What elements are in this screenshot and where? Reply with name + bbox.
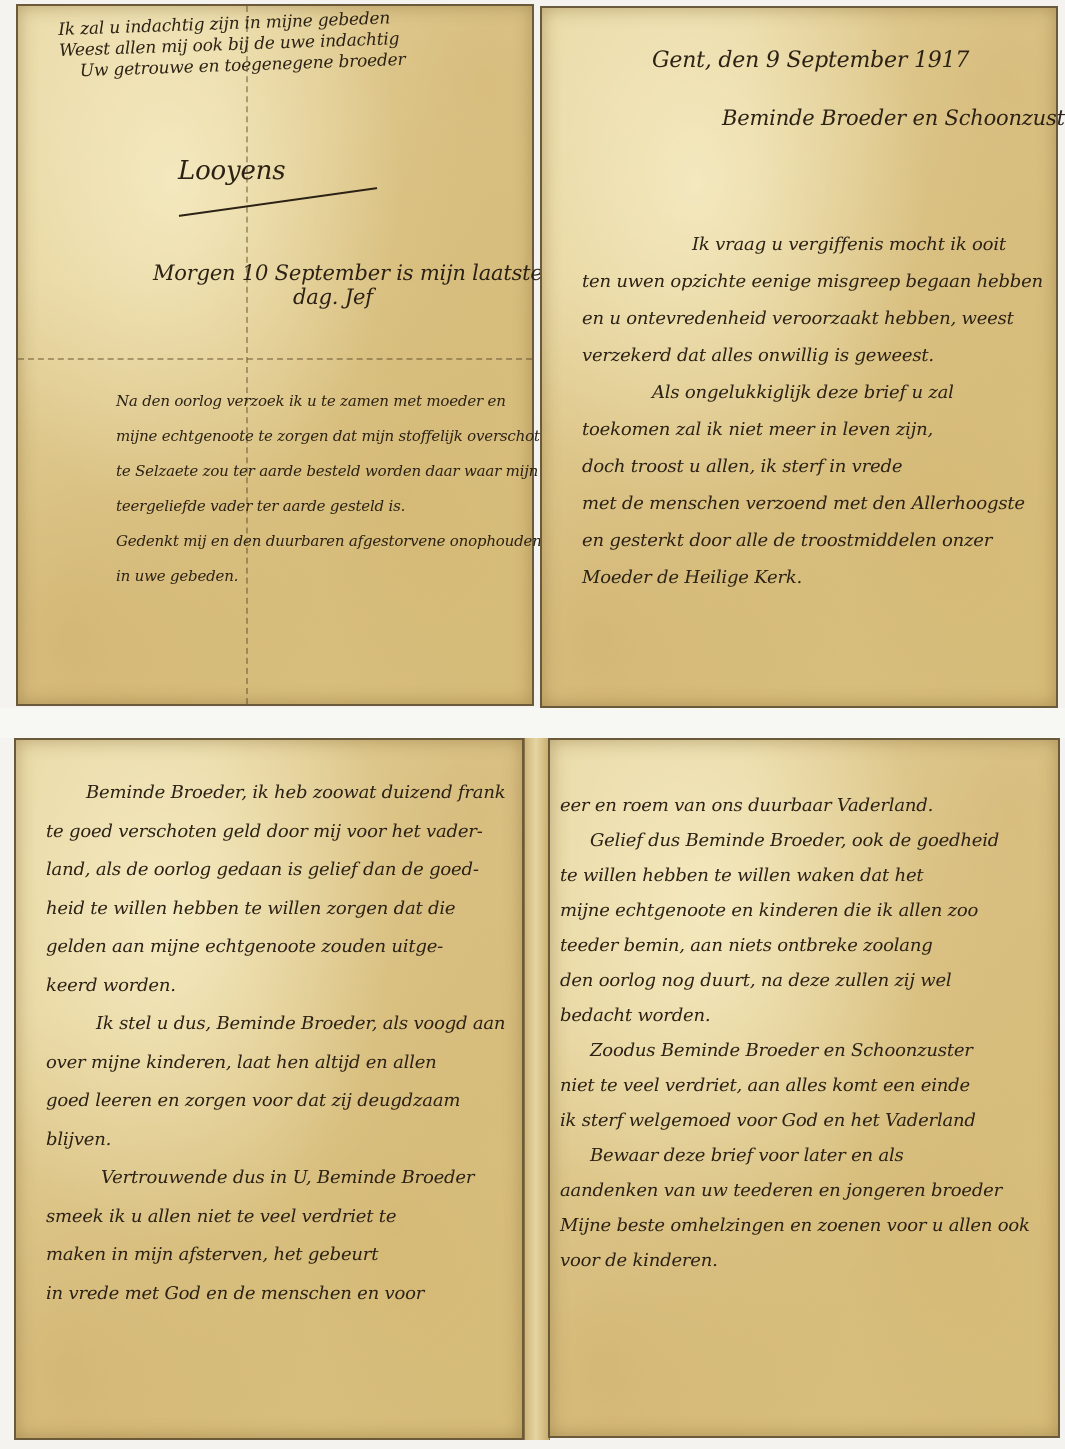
text-line: smeek ik u allen niet te veel verdriet t… [46, 1198, 505, 1237]
text-line: bedacht worden. [560, 998, 1030, 1033]
letter-date: Gent, den 9 September 1917 [652, 48, 969, 73]
text-line: Ik vraag u vergiffenis mocht ik ooit [582, 226, 1043, 263]
letter-salutation: Beminde Broeder en Schoonzuster, [722, 106, 1065, 130]
text-line: teeder bemin, aan niets ontbreke zoolang [560, 928, 1030, 963]
text-line: maken in mijn afsterven, het gebeurt [46, 1236, 505, 1275]
text-line: voor de kinderen. [560, 1243, 1030, 1278]
letter-page-opening: Gent, den 9 September 1917 Beminde Broed… [540, 6, 1058, 708]
binding-gutter [524, 738, 550, 1440]
text-line: ten uwen opzichte eenige misgreep begaan… [582, 263, 1043, 300]
letter-page-closing: eer en roem van ons duurbaar Vaderland. … [548, 738, 1060, 1438]
text-line: te goed verschoten geld door mij voor he… [46, 813, 505, 852]
text-line: Moeder de Heilige Kerk. [582, 559, 1043, 596]
text-line: Na den oorlog verzoek ik u te zamen met … [116, 384, 551, 419]
text-line: land, als de oorlog gedaan is gelief dan… [46, 851, 505, 890]
fold-line [18, 358, 532, 360]
text-line: goed leeren en zorgen voor dat zij deugd… [46, 1082, 505, 1121]
text-line: te willen hebben te willen waken dat het [560, 858, 1030, 893]
letter-body: eer en roem van ons duurbaar Vaderland. … [560, 788, 1030, 1278]
text-line: den oorlog nog duurt, na deze zullen zij… [560, 963, 1030, 998]
note-line: Morgen 10 September is mijn laatste [153, 261, 543, 285]
last-day-note: Morgen 10 September is mijn laatste dag.… [153, 261, 543, 309]
text-line: doch troost u allen, ik sterf in vrede [582, 448, 1043, 485]
text-line: in vrede met God en de menschen en voor [46, 1275, 505, 1314]
text-line: Ik stel u dus, Beminde Broeder, als voog… [46, 1005, 505, 1044]
signature-flourish [179, 187, 377, 217]
text-line: heid te willen hebben te willen zorgen d… [46, 890, 505, 929]
signature: Looyens [178, 156, 285, 186]
text-line: aandenken van uw teederen en jongeren br… [560, 1173, 1030, 1208]
text-line: toekomen zal ik niet meer in leven zijn, [582, 411, 1043, 448]
text-line: Gelief dus Beminde Broeder, ook de goedh… [560, 823, 1030, 858]
text-line: mijne echtgenoote te zorgen dat mijn sto… [116, 419, 551, 454]
text-line: mijne echtgenoote en kinderen die ik all… [560, 893, 1030, 928]
text-line: verzekerd dat alles onwillig is geweest. [582, 337, 1043, 374]
letter-body: Beminde Broeder, ik heb zoowat duizend f… [46, 774, 505, 1313]
text-line: ik sterf welgemoed voor God en het Vader… [560, 1103, 1030, 1138]
text-line: met de menschen verzoend met den Allerho… [582, 485, 1043, 522]
text-line: te Selzaete zou ter aarde besteld worden… [116, 454, 551, 489]
letter-page-guardianship: Beminde Broeder, ik heb zoowat duizend f… [14, 738, 524, 1440]
text-line: Vertrouwende dus in U, Beminde Broeder [46, 1159, 505, 1198]
note-line: dag. Jef [153, 285, 543, 309]
text-line: en gesterkt door alle de troostmiddelen … [582, 522, 1043, 559]
text-line: keerd worden. [46, 967, 505, 1006]
text-line: Zoodus Beminde Broeder en Schoonzuster [560, 1033, 1030, 1068]
fold-line [246, 6, 248, 704]
text-line: in uwe gebeden. [116, 559, 551, 594]
letter-page-postscript: Ik zal u indachtig zijn in mijne gebeden… [16, 4, 534, 706]
text-line: Bewaar deze brief voor later en als [560, 1138, 1030, 1173]
text-line: teergeliefde vader ter aarde gesteld is. [116, 489, 551, 524]
text-line: Beminde Broeder, ik heb zoowat duizend f… [46, 774, 505, 813]
text-line: Gedenkt mij en den duurbaren afgestorven… [116, 524, 551, 559]
text-line: over mijne kinderen, laat hen altijd en … [46, 1044, 505, 1083]
text-line: Als ongelukkiglijk deze brief u zal [582, 374, 1043, 411]
burial-request-text: Na den oorlog verzoek ik u te zamen met … [116, 384, 551, 594]
text-line: Mijne beste omhelzingen en zoenen voor u… [560, 1208, 1030, 1243]
letter-body: Ik vraag u vergiffenis mocht ik ooit ten… [582, 226, 1043, 596]
text-line: en u ontevredenheid veroorzaakt hebben, … [582, 300, 1043, 337]
page-gap [0, 708, 1065, 738]
text-line: eer en roem van ons duurbaar Vaderland. [560, 788, 1030, 823]
postscript: Ik zal u indachtig zijn in mijne gebeden… [58, 8, 406, 83]
text-line: gelden aan mijne echtgenoote zouden uitg… [46, 928, 505, 967]
text-line: blijven. [46, 1121, 505, 1160]
text-line: niet te veel verdriet, aan alles komt ee… [560, 1068, 1030, 1103]
